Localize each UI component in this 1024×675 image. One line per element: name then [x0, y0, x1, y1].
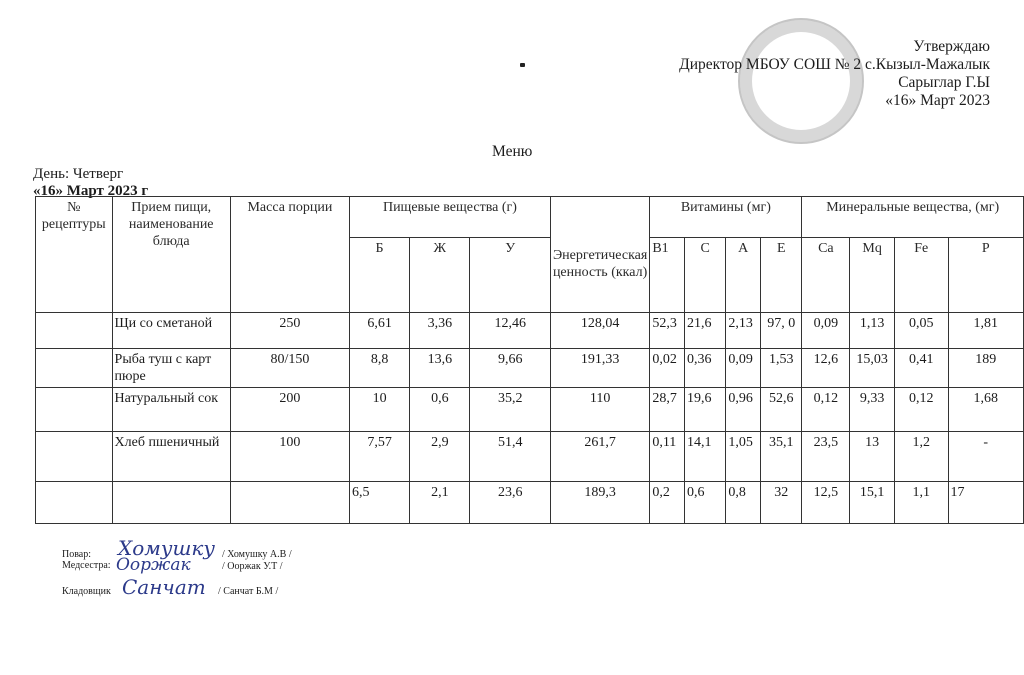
table-row: Хлеб пшеничный1007,572,951,4261,70,1114,…	[36, 432, 1024, 482]
table-row: Щи со сметаной2506,613,3612,46128,0452,3…	[36, 313, 1024, 349]
vit-e-cell: 97, 0	[761, 313, 802, 349]
protein-cell: 6,5	[349, 482, 409, 524]
energy-cell: 261,7	[550, 432, 649, 482]
energy-cell: 110	[550, 388, 649, 432]
nurse-signature: Ооржак	[116, 555, 191, 575]
vit-b1-cell: 28,7	[650, 388, 685, 432]
approval-line-2: Директор МБОУ СОШ № 2 с.Кызыл-Мажалык	[679, 56, 990, 74]
dish-cell: Натуральный сок	[112, 388, 230, 432]
dish-cell: Рыба туш с карт пюре	[112, 349, 230, 388]
approval-block: Утверждаю Директор МБОУ СОШ № 2 с.Кызыл-…	[679, 38, 990, 110]
recipe-no-cell	[36, 432, 113, 482]
header-ca: Ca	[802, 238, 850, 313]
table-row: 6,52,123,6189,30,20,60,83212,515,11,117	[36, 482, 1024, 524]
table-row: Рыба туш с карт пюре80/1508,813,69,66191…	[36, 349, 1024, 388]
vit-a-cell: 0,96	[726, 388, 761, 432]
header-b1: B1	[650, 238, 685, 313]
vit-c-cell: 21,6	[685, 313, 726, 349]
ca-cell: 12,5	[802, 482, 850, 524]
recipe-no-cell	[36, 482, 113, 524]
vit-c-cell: 19,6	[685, 388, 726, 432]
fat-cell: 2,9	[410, 432, 470, 482]
header-dish: Прием пищи, наименование блюда	[112, 197, 230, 313]
fe-cell: 1,2	[894, 432, 948, 482]
header-vitamins: Витамины (мг)	[650, 197, 802, 238]
vit-a-cell: 1,05	[726, 432, 761, 482]
vit-a-cell: 0,09	[726, 349, 761, 388]
storekeeper-label: Кладовщик	[62, 586, 111, 597]
recipe-no-cell	[36, 349, 113, 388]
dish-cell: Хлеб пшеничный	[112, 432, 230, 482]
fe-cell: 0,05	[894, 313, 948, 349]
vit-a-cell: 0,8	[726, 482, 761, 524]
carbs-cell: 12,46	[470, 313, 551, 349]
vit-a-cell: 2,13	[726, 313, 761, 349]
protein-cell: 6,61	[349, 313, 409, 349]
cook-label: Повар:	[62, 549, 91, 560]
portion-cell: 100	[230, 432, 349, 482]
header-energy: Энергетическая ценность (ккал)	[550, 197, 649, 313]
p-cell: 189	[948, 349, 1024, 388]
p-cell: 17	[948, 482, 1024, 524]
carbs-cell: 9,66	[470, 349, 551, 388]
speck	[520, 63, 525, 67]
header-portion: Масса порции	[230, 197, 349, 313]
carbs-cell: 51,4	[470, 432, 551, 482]
storekeeper-signature: Санчат	[122, 575, 206, 599]
vit-b1-cell: 0,02	[650, 349, 685, 388]
mq-cell: 13	[850, 432, 895, 482]
portion-cell: 250	[230, 313, 349, 349]
energy-cell: 128,04	[550, 313, 649, 349]
vit-b1-cell: 52,3	[650, 313, 685, 349]
header-p: P	[948, 238, 1024, 313]
approval-line-1: Утверждаю	[679, 38, 990, 56]
vit-c-cell: 14,1	[685, 432, 726, 482]
storekeeper-name: / Санчат Б.М /	[218, 586, 278, 597]
p-cell: 1,68	[948, 388, 1024, 432]
mq-cell: 9,33	[850, 388, 895, 432]
cook-name: / Хомушку А.В /	[222, 549, 292, 560]
vit-c-cell: 0,6	[685, 482, 726, 524]
header-u: У	[470, 238, 551, 313]
carbs-cell: 23,6	[470, 482, 551, 524]
vit-b1-cell: 0,2	[650, 482, 685, 524]
header-mq: Mq	[850, 238, 895, 313]
vit-e-cell: 52,6	[761, 388, 802, 432]
energy-cell: 189,3	[550, 482, 649, 524]
ca-cell: 23,5	[802, 432, 850, 482]
p-cell: 1,81	[948, 313, 1024, 349]
protein-cell: 7,57	[349, 432, 409, 482]
header-a: A	[726, 238, 761, 313]
fe-cell: 1,1	[894, 482, 948, 524]
vit-e-cell: 35,1	[761, 432, 802, 482]
vit-e-cell: 1,53	[761, 349, 802, 388]
ca-cell: 12,6	[802, 349, 850, 388]
fat-cell: 13,6	[410, 349, 470, 388]
day-label: День: Четверг	[33, 166, 123, 183]
table-row: Натуральный сок200100,635,211028,719,60,…	[36, 388, 1024, 432]
nurse-label: Медсестра:	[62, 560, 111, 571]
protein-cell: 8,8	[349, 349, 409, 388]
header-e: E	[761, 238, 802, 313]
header-recipe-no: № рецептуры	[36, 197, 113, 313]
portion-cell: 200	[230, 388, 349, 432]
header-row-1: № рецептуры Прием пищи, наименование блю…	[36, 197, 1024, 238]
recipe-no-cell	[36, 313, 113, 349]
vit-b1-cell: 0,11	[650, 432, 685, 482]
carbs-cell: 35,2	[470, 388, 551, 432]
approval-line-3: Сарыглар Г.Ы	[679, 74, 990, 92]
dish-cell	[112, 482, 230, 524]
mq-cell: 15,03	[850, 349, 895, 388]
fat-cell: 3,36	[410, 313, 470, 349]
recipe-no-cell	[36, 388, 113, 432]
nurse-name: / Ооржак У.Т /	[222, 561, 283, 572]
vit-c-cell: 0,36	[685, 349, 726, 388]
fat-cell: 0,6	[410, 388, 470, 432]
header-fe: Fe	[894, 238, 948, 313]
header-c: C	[685, 238, 726, 313]
header-zh: Ж	[410, 238, 470, 313]
page-title: Меню	[492, 143, 532, 161]
approval-line-4: «16» Март 2023	[679, 92, 990, 110]
fat-cell: 2,1	[410, 482, 470, 524]
portion-cell	[230, 482, 349, 524]
protein-cell: 10	[349, 388, 409, 432]
vit-e-cell: 32	[761, 482, 802, 524]
portion-cell: 80/150	[230, 349, 349, 388]
header-b: Б	[349, 238, 409, 313]
dish-cell: Щи со сметаной	[112, 313, 230, 349]
p-cell: -	[948, 432, 1024, 482]
energy-cell: 191,33	[550, 349, 649, 388]
ca-cell: 0,12	[802, 388, 850, 432]
header-nutrients: Пищевые вещества (г)	[349, 197, 550, 238]
fe-cell: 0,12	[894, 388, 948, 432]
header-minerals: Минеральные вещества, (мг)	[802, 197, 1024, 238]
fe-cell: 0,41	[894, 349, 948, 388]
mq-cell: 15,1	[850, 482, 895, 524]
menu-table: № рецептуры Прием пищи, наименование блю…	[35, 196, 1024, 524]
mq-cell: 1,13	[850, 313, 895, 349]
ca-cell: 0,09	[802, 313, 850, 349]
